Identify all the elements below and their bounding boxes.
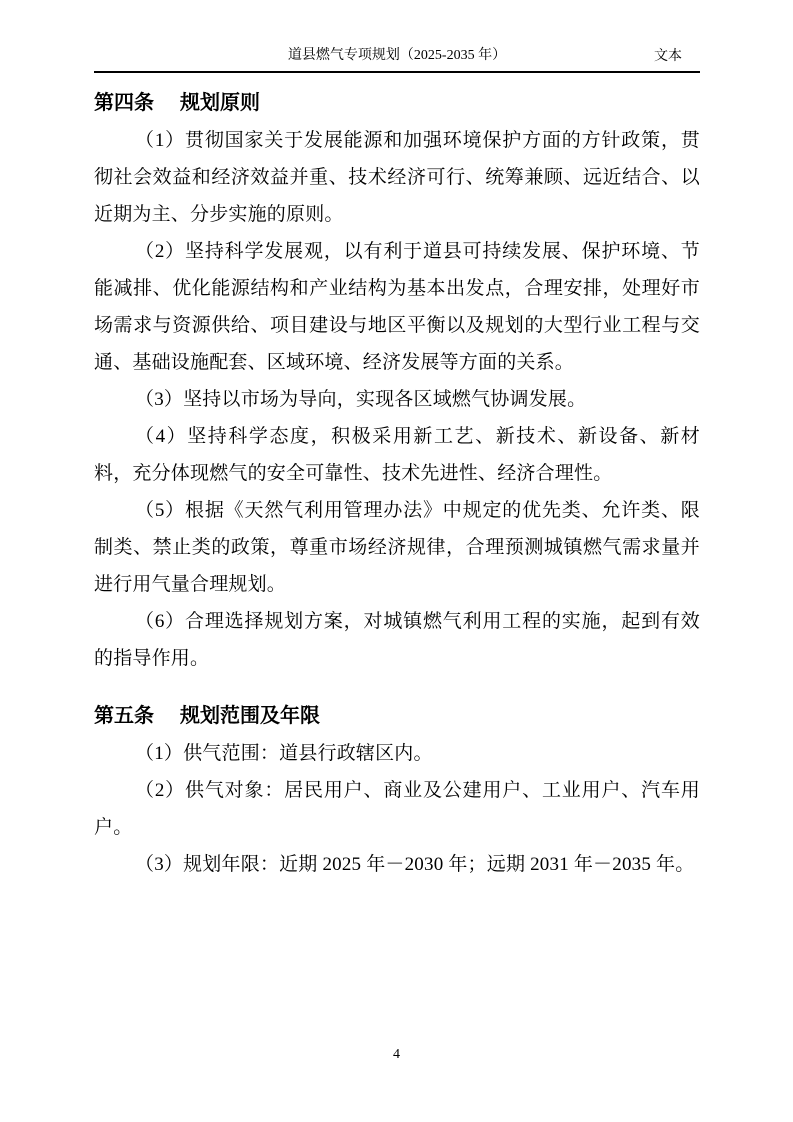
header-doc-type-label: 文本 bbox=[654, 50, 682, 64]
section-article-5: 第五条规划范围及年限 （1）供气范围：道县行政辖区内。 （2）供气对象：居民用户… bbox=[94, 698, 700, 883]
section-heading: 第五条规划范围及年限 bbox=[94, 698, 700, 735]
paragraph: （3）坚持以市场为导向，实现各区域燃气协调发展。 bbox=[94, 381, 700, 418]
paragraph: （4）坚持科学态度，积极采用新工艺、新技术、新设备、新材料，充分体现燃气的安全可… bbox=[94, 418, 700, 492]
paragraph: （2）供气对象：居民用户、商业及公建用户、工业用户、汽车用户。 bbox=[94, 772, 700, 846]
section-number: 第四条 bbox=[94, 92, 154, 114]
paragraph: （1）贯彻国家关于发展能源和加强环境保护方面的方针政策，贯彻社会效益和经济效益并… bbox=[94, 122, 700, 233]
section-number: 第五条 bbox=[94, 705, 154, 727]
section-title: 规划原则 bbox=[180, 92, 260, 114]
header-title: 道县燃气专项规划（2025-2035 年） bbox=[94, 44, 700, 71]
page-header: 道县燃气专项规划（2025-2035 年） 文本 bbox=[94, 0, 700, 73]
section-heading: 第四条规划原则 bbox=[94, 85, 700, 122]
document-page: 道县燃气专项规划（2025-2035 年） 文本 第四条规划原则 （1）贯彻国家… bbox=[0, 0, 793, 1122]
paragraph: （1）供气范围：道县行政辖区内。 bbox=[94, 735, 700, 772]
section-title: 规划范围及年限 bbox=[180, 705, 320, 727]
paragraph: （2）坚持科学发展观，以有利于道县可持续发展、保护环境、节能减排、优化能源结构和… bbox=[94, 233, 700, 381]
section-article-4: 第四条规划原则 （1）贯彻国家关于发展能源和加强环境保护方面的方针政策，贯彻社会… bbox=[94, 85, 700, 677]
page-footer: 4 bbox=[0, 1046, 793, 1064]
paragraph: （5）根据《天然气利用管理办法》中规定的优先类、允许类、限制类、禁止类的政策，尊… bbox=[94, 492, 700, 603]
paragraph: （6）合理选择规划方案，对城镇燃气利用工程的实施，起到有效的指导作用。 bbox=[94, 603, 700, 677]
page-number: 4 bbox=[393, 1047, 400, 1062]
document-body: 第四条规划原则 （1）贯彻国家关于发展能源和加强环境保护方面的方针政策，贯彻社会… bbox=[94, 85, 700, 883]
paragraph: （3）规划年限：近期 2025 年－2030 年；远期 2031 年－2035 … bbox=[94, 846, 700, 883]
